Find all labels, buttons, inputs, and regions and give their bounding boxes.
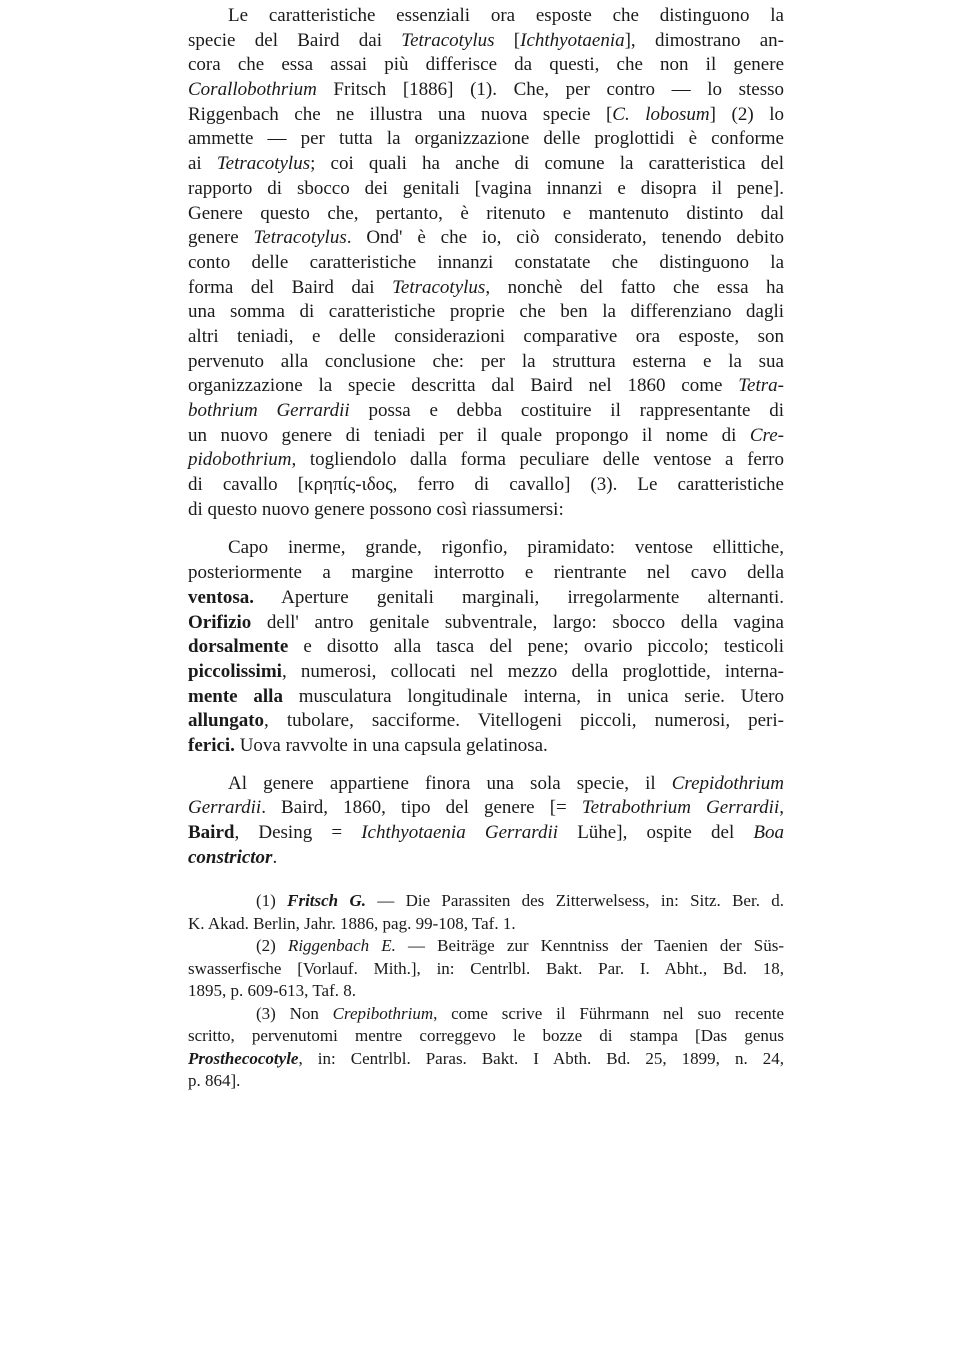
paragraph-type-species: Al genere appartiene finora una sola spe… [188, 772, 784, 871]
footnote-line: (2) Riggenbach E. — Beiträge zur Kenntni… [188, 935, 784, 958]
text-line: un nuovo genere di teniadi per il quale … [188, 424, 784, 449]
text-line: rapporto di sbocco dei genitali [vagina … [188, 177, 784, 202]
text-line: posteriormente a margine interrotto e ri… [188, 561, 784, 586]
text-line: cora che essa assai più differisce da qu… [188, 53, 784, 78]
footnote-2: (2) Riggenbach E. — Beiträge zur Kenntni… [188, 935, 784, 1003]
text-line: ammette — per tutta la organizzazione de… [188, 127, 784, 152]
text-line: bothrium Gerrardii possa e debba costitu… [188, 399, 784, 424]
text-line: ferici. Uova ravvolte in una capsula gel… [188, 734, 784, 759]
text-line: altri teniadi, e delle considerazioni co… [188, 325, 784, 350]
text-line: Al genere appartiene finora una sola spe… [188, 772, 784, 797]
text-line: Genere questo che, pertanto, è ritenuto … [188, 202, 784, 227]
text-line: di cavallo [κρηπίς-ιδος, ferro di cavall… [188, 473, 784, 498]
text-line: Corallobothrium Fritsch [1886] (1). Che,… [188, 78, 784, 103]
text-line: ai Tetracotylus; coi quali ha anche di c… [188, 152, 784, 177]
footnotes: (1) Fritsch G. — Die Parassiten des Zitt… [188, 890, 784, 1093]
footnote-spacer [188, 870, 784, 890]
text-line: specie del Baird dai Tetracotylus [Ichth… [188, 29, 784, 54]
footnote-line: swasserfische [Vorlauf. Mith.], in: Cent… [188, 958, 784, 981]
text-line: pervenuto alla conclusione che: per la s… [188, 350, 784, 375]
text-line: Orifizio dell' antro genitale subventral… [188, 611, 784, 636]
text-line: Capo inerme, grande, rigonfio, piramidat… [188, 536, 784, 561]
footnote-1: (1) Fritsch G. — Die Parassiten des Zitt… [188, 890, 784, 935]
footnote-line: scritto, pervenutomi mentre correggevo l… [188, 1025, 784, 1048]
text-line: Le caratteristiche essenziali ora espost… [188, 4, 784, 29]
paragraph-genus-discussion: Le caratteristiche essenziali ora espost… [188, 4, 784, 522]
text-line: Riggenbach che ne illustra una nuova spe… [188, 103, 784, 128]
footnote-line: (3) Non Crepibothrium, come scrive il Fü… [188, 1003, 784, 1026]
text-line: organizzazione la specie descritta dal B… [188, 374, 784, 399]
paragraph-spacer [188, 522, 784, 536]
text-line: genere Tetracotylus. Ond' è che io, ciò … [188, 226, 784, 251]
text-line: mente alla musculatura longitudinale int… [188, 685, 784, 710]
footnote-line: Prosthecocotyle, in: Centrlbl. Paras. Ba… [188, 1048, 784, 1071]
text-line: pidobothrium, togliendolo dalla forma pe… [188, 448, 784, 473]
footnote-line: (1) Fritsch G. — Die Parassiten des Zitt… [188, 890, 784, 913]
footnote-line: K. Akad. Berlin, Jahr. 1886, pag. 99-108… [188, 913, 784, 936]
text-line: piccolissimi, numerosi, collocati nel me… [188, 660, 784, 685]
text-line: dorsalmente e disotto alla tasca del pen… [188, 635, 784, 660]
text-line: allungato, tubolare, sacciforme. Vitello… [188, 709, 784, 734]
text-line: conto delle caratteristiche innanzi cons… [188, 251, 784, 276]
paragraph-genus-diagnosis: Capo inerme, grande, rigonfio, piramidat… [188, 536, 784, 758]
document-page: Le caratteristiche essenziali ora espost… [188, 4, 784, 1093]
text-line: ventosa. Aperture genitali marginali, ir… [188, 586, 784, 611]
footnote-line: p. 864]. [188, 1070, 784, 1093]
text-line: constrictor. [188, 846, 784, 871]
text-line: Baird, Desing = Ichthyotaenia Gerrardii … [188, 821, 784, 846]
text-line: Gerrardii. Baird, 1860, tipo del genere … [188, 796, 784, 821]
footnote-3: (3) Non Crepibothrium, come scrive il Fü… [188, 1003, 784, 1093]
paragraph-spacer [188, 759, 784, 772]
text-line: di questo nuovo genere possono così rias… [188, 498, 784, 523]
footnote-line: 1895, p. 609-613, Taf. 8. [188, 980, 784, 1003]
text-line: una somma di caratteristiche proprie che… [188, 300, 784, 325]
text-line: forma del Baird dai Tetracotylus, nonchè… [188, 276, 784, 301]
